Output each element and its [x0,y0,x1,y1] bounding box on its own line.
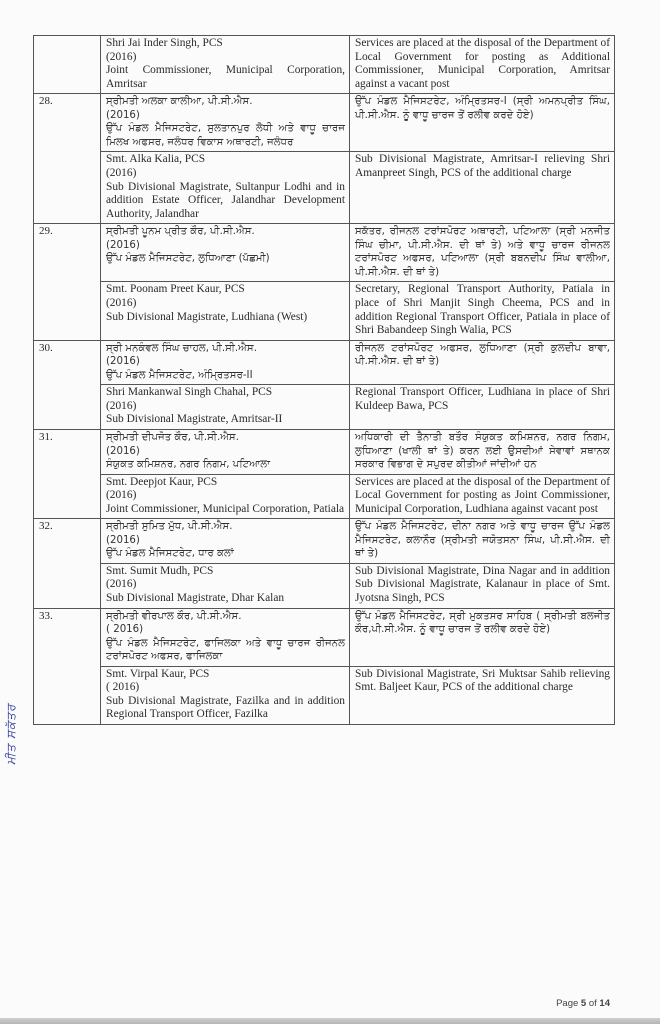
officer-name: ਸ੍ਰੀ ਮਨਕੰਵਲ ਸਿੰਘ ਚਾਹਲ, ਪੀ.ਸੀ.ਐਸ. [106,342,345,356]
batch-year: ( 2016) [106,623,345,637]
from-posting-punjabi: ਸ੍ਰੀਮਤੀ ਵੀਰਪਾਲ ਕੌਰ, ਪੀ.ਸੀ.ਐਸ.( 2016)ਉੱਪ … [101,608,350,666]
new-posting-english: Secretary, Regional Transport Authority,… [350,282,615,340]
from-posting-english: Smt. Alka Kalia, PCS(2016)Sub Divisional… [101,152,350,224]
current-posting: ਉੱਪ ਮੰਡਲ ਮੈਜਿਸਟਰੇਟ, ਅੰਮ੍ਰਿਤਸਰ-II [106,369,345,383]
batch-year: (2016) [106,400,345,414]
new-posting-punjabi: ਸਕੱਤਰ, ਰੀਜਨਲ ਟਰਾਂਸਪੋਰਟ ਅਥਾਰਟੀ, ਪਟਿਆਲਾ (ਸ… [350,224,615,282]
serial-number: 33. [34,608,101,724]
order-row-english: Smt. Deepjot Kaur, PCS(2016)Joint Commis… [34,474,615,519]
transfer-orders-table: Shri Jai Inder Singh, PCS(2016)Joint Com… [33,35,615,725]
officer-name: ਸ੍ਰੀਮਤੀ ਵੀਰਪਾਲ ਕੌਰ, ਪੀ.ਸੀ.ਐਸ. [106,610,345,624]
from-posting-english: Smt. Poonam Preet Kaur, PCS(2016)Sub Div… [101,282,350,340]
order-row-english: Smt. Poonam Preet Kaur, PCS(2016)Sub Div… [34,282,615,340]
officer-name: Smt. Deepjot Kaur, PCS [106,476,345,490]
new-posting-punjabi: ਉੱਪ ਮੰਡਲ ਮੈਜਿਸਟਰੇਟ, ਦੀਨਾ ਨਗਰ ਅਤੇ ਵਾਧੂ ਚਾ… [350,519,615,564]
serial-number: 30. [34,340,101,429]
new-posting-english: Sub Divisional Magistrate, Dina Nagar an… [350,563,615,608]
batch-year: (2016) [106,355,345,369]
from-posting-punjabi: ਸ੍ਰੀਮਤੀ ਪੂਨਮ ਪ੍ਰੀਤ ਕੌਰ, ਪੀ.ਸੀ.ਐਸ.(2016)ਉ… [101,224,350,282]
from-posting-punjabi: ਸ੍ਰੀਮਤੀ ਦੀਪਜੋਤ ਕੌਰ, ਪੀ.ਸੀ.ਐਸ.(2016)ਸੰਯੁਕ… [101,430,350,475]
batch-year: (2016) [106,167,345,181]
new-posting-english: Services are placed at the disposal of t… [350,474,615,519]
batch-year: (2016) [106,297,345,311]
order-row-punjabi: 28.ਸ੍ਰੀਮਤੀ ਅਲਕਾ ਕਾਲੀਆ, ਪੀ.ਸੀ.ਐਸ.(2016)ਉੱ… [34,94,615,152]
batch-year: (2016) [106,489,345,503]
serial-number: 29. [34,224,101,340]
from-posting-english: Smt. Deepjot Kaur, PCS(2016)Joint Commis… [101,474,350,519]
new-posting-english: Sub Divisional Magistrate, Sri Muktsar S… [350,666,615,724]
from-posting-punjabi: ਸ੍ਰੀਮਤੀ ਸੁਮਿਤ ਮੁੱਧ, ਪੀ.ਸੀ.ਐਸ.(2016)ਉੱਪ ਮ… [101,519,350,564]
order-row-english: Smt. Sumit Mudh, PCS(2016)Sub Divisional… [34,563,615,608]
order-row-punjabi: 33.ਸ੍ਰੀਮਤੀ ਵੀਰਪਾਲ ਕੌਰ, ਪੀ.ਸੀ.ਐਸ.( 2016)ਉ… [34,608,615,666]
from-posting-english: Smt. Virpal Kaur, PCS( 2016)Sub Division… [101,666,350,724]
page-of: of [589,998,597,1009]
order-row-english: Smt. Alka Kalia, PCS(2016)Sub Divisional… [34,152,615,224]
officer-name: Shri Mankanwal Singh Chahal, PCS [106,386,345,400]
from-posting-english: Smt. Sumit Mudh, PCS(2016)Sub Divisional… [101,563,350,608]
batch-year: (2016) [106,51,345,65]
current-posting: Sub Divisional Magistrate, Ludhiana (Wes… [106,311,345,325]
batch-year: (2016) [106,109,345,123]
officer-name: ਸ੍ਰੀਮਤੀ ਅਲਕਾ ਕਾਲੀਆ, ਪੀ.ਸੀ.ਐਸ. [106,95,345,109]
batch-year: (2016) [106,445,345,459]
officer-name: Smt. Alka Kalia, PCS [106,153,345,167]
order-row-punjabi: 31.ਸ੍ਰੀਮਤੀ ਦੀਪਜੋਤ ਕੌਰ, ਪੀ.ਸੀ.ਐਸ.(2016)ਸੰ… [34,430,615,475]
batch-year: ( 2016) [106,681,345,695]
new-posting-english: Sub Divisional Magistrate, Amritsar-I re… [350,152,615,224]
current-posting: Joint Commissioner, Municipal Corporatio… [106,64,345,91]
officer-name: ਸ੍ਰੀਮਤੀ ਪੂਨਮ ਪ੍ਰੀਤ ਕੌਰ, ਪੀ.ਸੀ.ਐਸ. [106,225,345,239]
from-posting-english: Shri Mankanwal Singh Chahal, PCS(2016)Su… [101,385,350,430]
page-bottom-edge [0,1018,660,1024]
order-row-punjabi: 30.ਸ੍ਰੀ ਮਨਕੰਵਲ ਸਿੰਘ ਚਾਹਲ, ਪੀ.ਸੀ.ਐਸ.(2016… [34,340,615,385]
order-row-english: Smt. Virpal Kaur, PCS( 2016)Sub Division… [34,666,615,724]
officer-name: ਸ੍ਰੀਮਤੀ ਸੁਮਿਤ ਮੁੱਧ, ਪੀ.ਸੀ.ਐਸ. [106,520,345,534]
handwritten-signature: ਮੀਤ ਸਕੱਤਰ [4,655,34,765]
current-posting: ਸੰਯੁਕਤ ਕਮਿਸ਼ਨਰ, ਨਗਰ ਨਿਗਮ, ਪਟਿਆਲਾ [106,458,345,472]
current-posting: Sub Divisional Magistrate, Dhar Kalan [106,592,345,606]
serial-number: 32. [34,519,101,608]
new-posting-punjabi: ਉੱਪ ਮੰਡਲ ਮੈਜਿਸਟਰੇਟ, ਸ੍ਰੀ ਮੁਕਤਸਰ ਸਾਹਿਬ ( … [350,608,615,666]
serial-number [34,36,101,94]
current-posting: Sub Divisional Magistrate, Fazilka and i… [106,695,345,722]
officer-name: ਸ੍ਰੀਮਤੀ ਦੀਪਜੋਤ ਕੌਰ, ਪੀ.ਸੀ.ਐਸ. [106,431,345,445]
current-posting: Sub Divisional Magistrate, Amritsar-II [106,413,345,427]
order-row-english: Shri Mankanwal Singh Chahal, PCS(2016)Su… [34,385,615,430]
current-posting: Joint Commissioner, Municipal Corporatio… [106,503,345,517]
current-posting: ਉੱਪ ਮੰਡਲ ਮੈਜਿਸਟਰੇਟ, ਲੁਧਿਆਣਾ (ਪੱਛਮੀ) [106,252,345,266]
current-posting: ਉੱਪ ਮੰਡਲ ਮੈਜਿਸਟਰੇਟ, ਸੁਲਤਾਨਪੁਰ ਲੋਧੀ ਅਤੇ ਵ… [106,122,345,149]
batch-year: (2016) [106,239,345,253]
page-label: Page [556,998,578,1009]
page-total: 14 [599,998,610,1009]
serial-number: 31. [34,430,101,519]
officer-name: Smt. Poonam Preet Kaur, PCS [106,283,345,297]
serial-number: 28. [34,94,101,224]
new-posting-punjabi: ਅਧਿਕਾਰੀ ਦੀ ਤੈਨਾਤੀ ਬਤੌਰ ਸੰਯੁਕਤ ਕਮਿਸ਼ਨਰ, ਨ… [350,430,615,475]
batch-year: (2016) [106,578,345,592]
order-row-english: Shri Jai Inder Singh, PCS(2016)Joint Com… [34,36,615,94]
current-posting: ਉੱਪ ਮੰਡਲ ਮੈਜਿਸਟਰੇਟ, ਧਾਰ ਕਲਾਂ [106,547,345,561]
officer-name: Shri Jai Inder Singh, PCS [106,37,345,51]
new-posting-english: Services are placed at the disposal of t… [350,36,615,94]
new-posting-punjabi: ਰੀਜਨਲ ਟਰਾਂਸਪੋਰਟ ਅਫਸਰ, ਲੁਧਿਆਣਾ (ਸ੍ਰੀ ਕੁਲਦ… [350,340,615,385]
transfer-orders-body: Shri Jai Inder Singh, PCS(2016)Joint Com… [34,36,615,725]
order-row-punjabi: 32.ਸ੍ਰੀਮਤੀ ਸੁਮਿਤ ਮੁੱਧ, ਪੀ.ਸੀ.ਐਸ.(2016)ਉੱ… [34,519,615,564]
from-posting-punjabi: ਸ੍ਰੀਮਤੀ ਅਲਕਾ ਕਾਲੀਆ, ਪੀ.ਸੀ.ਐਸ.(2016)ਉੱਪ ਮ… [101,94,350,152]
new-posting-punjabi: ਉੱਪ ਮੰਡਲ ਮੈਜਿਸਟਰੇਟ, ਅੰਮ੍ਰਿਤਸਰ-I (ਸ੍ਰੀ ਅਮ… [350,94,615,152]
current-posting: ਉੱਪ ਮੰਡਲ ਮੈਜਿਸਟਰੇਟ, ਫਾਜਿਲਕਾ ਅਤੇ ਵਾਧੂ ਚਾਰ… [106,637,345,664]
page-number: Page 5 of 14 [556,998,610,1009]
from-posting-punjabi: ਸ੍ਰੀ ਮਨਕੰਵਲ ਸਿੰਘ ਚਾਹਲ, ਪੀ.ਸੀ.ਐਸ.(2016)ਉੱ… [101,340,350,385]
order-row-punjabi: 29.ਸ੍ਰੀਮਤੀ ਪੂਨਮ ਪ੍ਰੀਤ ਕੌਰ, ਪੀ.ਸੀ.ਐਸ.(201… [34,224,615,282]
page-current: 5 [581,998,586,1009]
new-posting-english: Regional Transport Officer, Ludhiana in … [350,385,615,430]
current-posting: Sub Divisional Magistrate, Sultanpur Lod… [106,181,345,222]
from-posting-english: Shri Jai Inder Singh, PCS(2016)Joint Com… [101,36,350,94]
officer-name: Smt. Virpal Kaur, PCS [106,668,345,682]
officer-name: Smt. Sumit Mudh, PCS [106,565,345,579]
batch-year: (2016) [106,534,345,548]
